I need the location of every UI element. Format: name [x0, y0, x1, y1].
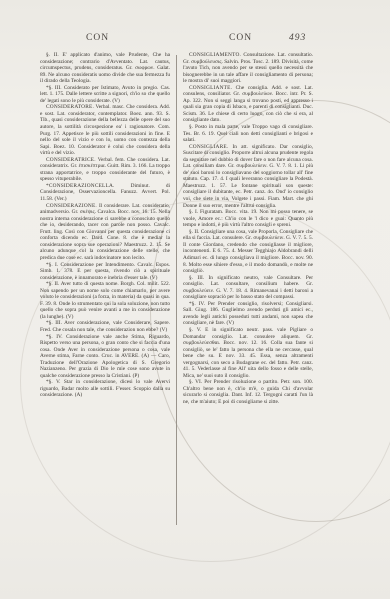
dictionary-entry: *§. III. Aver considerazione, vale Consi… [40, 320, 170, 333]
dictionary-entry: *§. I. Considerazione per Intendimento. … [40, 262, 170, 282]
page-header: CON CON 493 [0, 33, 390, 49]
dictionary-entry: CONSIGLIARE. In att. significato. Dar co… [183, 144, 313, 209]
dictionary-entry: CONSIGLIANTE. Che consiglia. Add. e sost… [183, 85, 313, 124]
dictionary-entry: §. Posto in mala parte, vale Troppo vago… [183, 124, 313, 144]
right-column: CONSIGLIAMENTO. Consultazione. Lat. cons… [183, 52, 313, 406]
dictionary-entry: *§. IV. Per Prender consiglio, risolvers… [183, 301, 313, 327]
dictionary-entry: §. VI. Per Prender risoluzione o partito… [183, 379, 313, 405]
dictionary-entry: *§. IV. Considerazione vale anche Stima,… [40, 334, 170, 380]
dictionary-entry: *§. II. Aver tutto di questa nome. Borgh… [40, 281, 170, 320]
dictionary-entry: §. II. E' applicato d'animo, vale Pruden… [40, 52, 170, 85]
running-head-left: CON [86, 33, 109, 43]
dictionary-entry: CONSIDERATORE. Verbal. masc. Che conside… [40, 104, 170, 156]
page-number: 493 [289, 33, 306, 43]
dictionary-entry: §. III. In significato neutro, vale Cons… [183, 275, 313, 301]
dictionary-entry: CONSIGLIAMENTO. Consultazione. Lat. cons… [183, 52, 313, 85]
book-page: CON CON 493 §. II. E' applicato d'animo,… [0, 0, 390, 599]
left-column: §. II. E' applicato d'animo, vale Pruden… [40, 52, 170, 399]
dictionary-entry: CONSIDERAZIONE. Il considerare. Lat. con… [40, 203, 170, 262]
column-divider [176, 55, 177, 525]
dictionary-entry: §. II. Consigliare una cosa, vale Propor… [183, 229, 313, 275]
dictionary-entry: *§. V. Star in considerazione, dicesi lo… [40, 379, 170, 399]
running-head-right: CON [229, 33, 252, 43]
dictionary-entry: *§. III. Considerato per Istimato, Avuto… [40, 85, 170, 105]
dictionary-entry: CONSIDERATRICE. Verbal. fem. Che conside… [40, 157, 170, 183]
dictionary-entry: §. V. E in significato neutr. pass. vale… [183, 327, 313, 379]
dictionary-entry: *CONSIDERAZIONCELLA. Diminut. di Conside… [40, 183, 170, 203]
dictionary-entry: §. I. Figuratam. Bocc. vita. 19. Non mi … [183, 209, 313, 229]
